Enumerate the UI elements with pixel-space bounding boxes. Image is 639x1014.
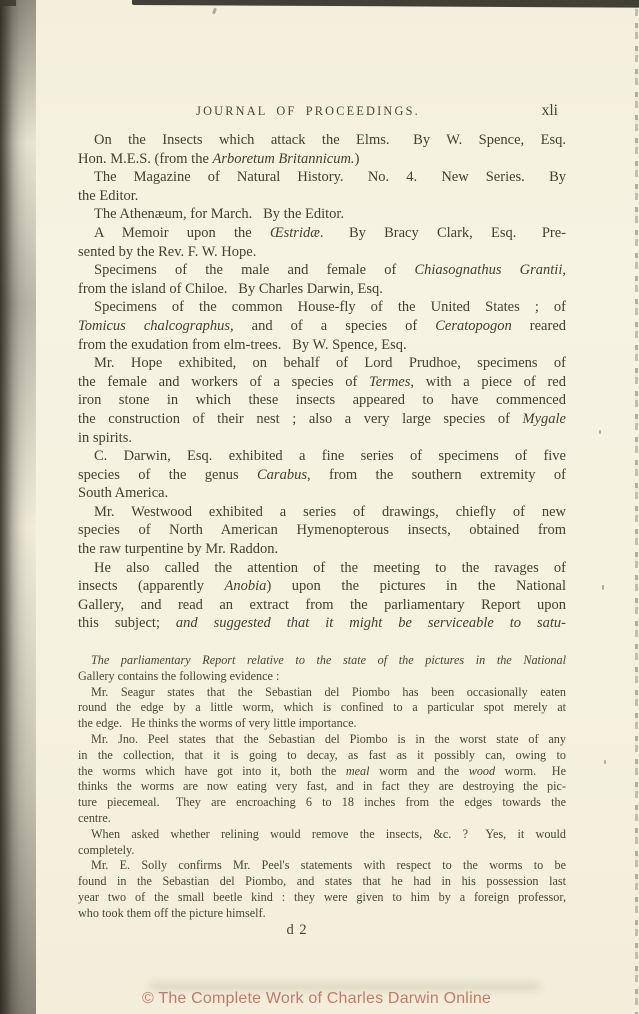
text-line: A Memoir upon the Œstridæ. By Bracy Clar… <box>78 224 566 243</box>
text-line: Mr. Hope exhibited, on behalf of Lord Pr… <box>78 354 566 373</box>
copyright-watermark: © The Complete Work of Charles Darwin On… <box>142 990 491 1008</box>
paragraph: On the Insects which attack the Elms. By… <box>78 131 566 168</box>
paragraph: C. Darwin, Esq. exhibited a fine series … <box>78 447 566 503</box>
paragraph: Specimens of the male and female of Chia… <box>78 261 566 298</box>
body-text: On the Insects which attack the Elms. By… <box>78 131 566 633</box>
text-line: found in the Sebastian del Piombo, and s… <box>78 874 566 890</box>
paper-speck <box>604 760 606 764</box>
text-line: from the exudation from elm-trees. By W.… <box>78 336 566 355</box>
text-line: Mr. Jno. Peel states that the Sebastian … <box>78 732 566 748</box>
text-line: iron stone in which these insects appear… <box>78 391 566 410</box>
text-line: When asked whether relining would remove… <box>78 827 566 843</box>
text-line: species of North American Hymenopterous … <box>78 521 566 540</box>
text-line: in the collection, that it is going to d… <box>78 748 566 764</box>
text-line: Tomicus chalcographus, and of a species … <box>78 317 566 336</box>
left-edge-shadow <box>0 0 36 1014</box>
text-line: sented by the Rev. F. W. Hope. <box>78 243 566 262</box>
scanned-page: JOURNAL OF PROCEEDINGS. xli On the Insec… <box>0 0 639 1014</box>
text-line: He also called the attention of the meet… <box>78 559 566 578</box>
running-header: JOURNAL OF PROCEEDINGS. xli <box>78 104 566 122</box>
text-line: Specimens of the male and female of Chia… <box>78 261 566 280</box>
page-title: JOURNAL OF PROCEEDINGS. <box>64 104 552 119</box>
text-line: The Athenæum, for March. By the Editor. <box>78 205 566 224</box>
text-line: the construction of their nest ; also a … <box>78 410 566 429</box>
page-number: xli <box>542 102 558 120</box>
paper-speck <box>212 8 217 15</box>
text-line: The parliamentary Report relative to the… <box>78 653 566 669</box>
paper-speck <box>602 585 604 590</box>
paragraph: Mr. E. Solly confirms Mr. Peel's stateme… <box>78 858 566 921</box>
text-line: this subject; and suggested that it migh… <box>78 614 566 633</box>
text-line: species of the genus Carabus, from the s… <box>78 466 566 485</box>
top-left-corner-smudge <box>0 0 16 6</box>
text-line: the edge. He thinks the worms of very li… <box>78 716 566 732</box>
paragraph: Mr. Hope exhibited, on behalf of Lord Pr… <box>78 354 566 447</box>
text-line: Mr. E. Solly confirms Mr. Peel's stateme… <box>78 858 566 874</box>
text-line: the raw turpentine by Mr. Raddon. <box>78 540 566 559</box>
text-line: in spirits. <box>78 429 566 448</box>
text-line: the worms which have got into it, both t… <box>78 764 566 780</box>
paragraph: Mr. Jno. Peel states that the Sebastian … <box>78 732 566 827</box>
text-line: The Magazine of Natural History. No. 4. … <box>78 168 566 187</box>
text-line: Gallery, and read an extract from the pa… <box>78 596 566 615</box>
text-line: the Editor. <box>78 187 566 206</box>
paragraph: When asked whether relining would remove… <box>78 827 566 859</box>
signature-mark: d 2 <box>53 922 541 939</box>
paragraph: Specimens of the common House-fly of the… <box>78 298 566 354</box>
text-line: C. Darwin, Esq. exhibited a fine series … <box>78 447 566 466</box>
text-line: completely. <box>78 843 566 859</box>
text-line: Hon. M.E.S. (from the Arboretum Britanni… <box>78 150 566 169</box>
text-line: the female and workers of a species of T… <box>78 373 566 392</box>
text-line: who took them off the picture himself. <box>78 906 566 922</box>
text-line: Gallery contains the following evidence … <box>78 669 566 685</box>
paragraph: He also called the attention of the meet… <box>78 559 566 633</box>
text-line: ture piecemeal. They are encroaching 6 t… <box>78 795 566 811</box>
paragraph: Mr. Westwood exhibited a series of drawi… <box>78 503 566 559</box>
paragraph: The parliamentary Report relative to the… <box>78 653 566 685</box>
text-line: South America. <box>78 484 566 503</box>
text-line: from the island of Chiloe. By Charles Da… <box>78 280 566 299</box>
paragraph: The Athenæum, for March. By the Editor. <box>78 205 566 224</box>
text-line: Mr. Westwood exhibited a series of drawi… <box>78 503 566 522</box>
text-line: round the edge by a little worm, which i… <box>78 700 566 716</box>
text-line: Specimens of the common House-fly of the… <box>78 298 566 317</box>
paragraph: The Magazine of Natural History. No. 4. … <box>78 168 566 205</box>
text-line: insects (apparently Anobia) upon the pic… <box>78 577 566 596</box>
text-line: centre. <box>78 811 566 827</box>
text-line: year two of the small beetle kind : they… <box>78 890 566 906</box>
right-edge-marks <box>635 0 638 1014</box>
top-edge-shadow <box>132 0 639 8</box>
paragraph: A Memoir upon the Œstridæ. By Bracy Clar… <box>78 224 566 261</box>
paragraph: Mr. Seagur states that the Sebastian del… <box>78 685 566 732</box>
text-line: thinks the worms are now eating very fas… <box>78 779 566 795</box>
text-line: Mr. Seagur states that the Sebastian del… <box>78 685 566 701</box>
paper-speck <box>599 430 601 434</box>
footnote-section: The parliamentary Report relative to the… <box>78 653 566 922</box>
text-line: On the Insects which attack the Elms. By… <box>78 131 566 150</box>
